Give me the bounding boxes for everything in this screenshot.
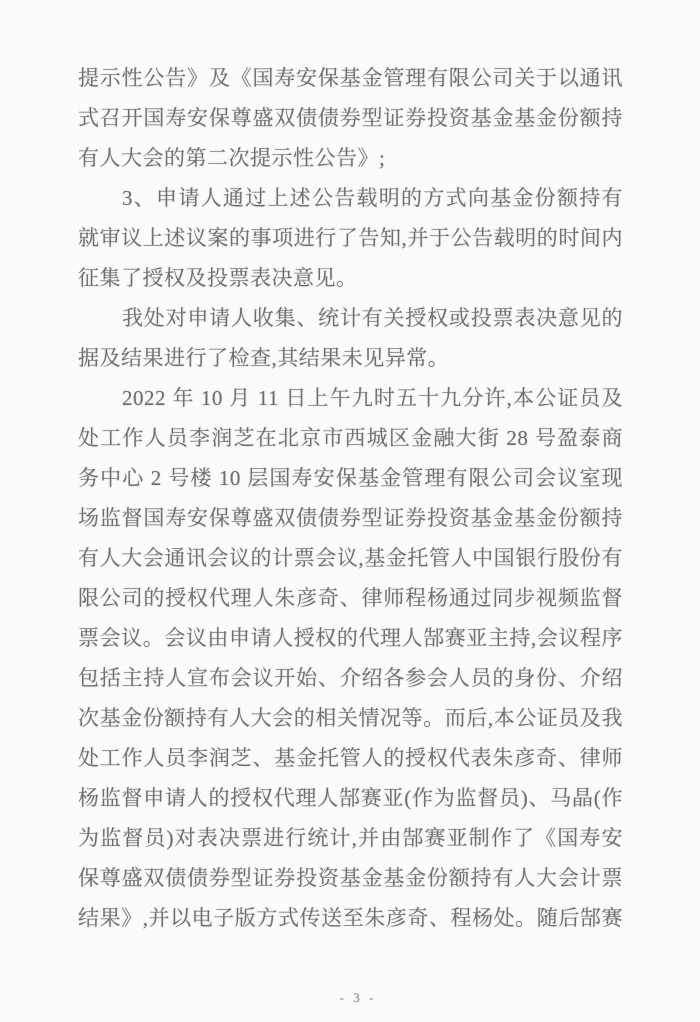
document-line: 2022 年 10 月 11 日上午九时五十九分许,本公证员及我 bbox=[78, 378, 623, 418]
document-line: 票会议。会议由申请人授权的代理人郜赛亚主持,会议程序 bbox=[78, 618, 623, 658]
document-line: 我处对申请人收集、统计有关授权或投票表决意见的数 bbox=[78, 298, 623, 338]
document-line: 为监督员)对表决票进行统计,并由郜赛亚制作了《国寿安 bbox=[78, 818, 623, 858]
document-line: 处工作人员李润芝、基金托管人的授权代表朱彦奇、律师程 bbox=[78, 738, 623, 778]
document-line: 处工作人员李润芝在北京市西城区金融大街 28 号盈泰商 bbox=[78, 418, 623, 458]
document-line: 提示性公告》及《国寿安保基金管理有限公司关于以通讯方 bbox=[78, 58, 623, 98]
document-line: 保尊盛双债债券型证券投资基金基金份额持有人大会计票 bbox=[78, 858, 623, 898]
scanned-document-page: 提示性公告》及《国寿安保基金管理有限公司关于以通讯方式召开国寿安保尊盛双债债券型… bbox=[0, 0, 700, 1022]
page-number: - 3 - bbox=[8, 990, 700, 1006]
document-line: 杨监督申请人的授权代理人郜赛亚(作为监督员)、马晶(作 bbox=[78, 778, 623, 818]
document-line: 有人大会通讯会议的计票会议,基金托管人中国银行股份有 bbox=[78, 538, 623, 578]
document-line: 结果》,并以电子版方式传送至朱彦奇、程杨处。随后郜赛 bbox=[78, 898, 623, 938]
document-body: 提示性公告》及《国寿安保基金管理有限公司关于以通讯方式召开国寿安保尊盛双债债券型… bbox=[78, 58, 623, 938]
document-line: 场监督国寿安保尊盛双债债券型证券投资基金基金份额持 bbox=[78, 498, 623, 538]
document-line: 包括主持人宣布会议开始、介绍各参会人员的身份、介绍本 bbox=[78, 658, 623, 698]
document-line: 征集了授权及投票表决意见。 bbox=[78, 258, 623, 298]
document-line: 式召开国寿安保尊盛双债债券型证券投资基金基金份额持 bbox=[78, 98, 623, 138]
document-line: 次基金份额持有人大会的相关情况等。而后,本公证员及我 bbox=[78, 698, 623, 738]
document-line: 3、申请人通过上述公告载明的方式向基金份额持有人 bbox=[78, 178, 623, 218]
document-line: 据及结果进行了检查,其结果未见异常。 bbox=[78, 338, 623, 378]
document-line: 务中心 2 号楼 10 层国寿安保基金管理有限公司会议室现 bbox=[78, 458, 623, 498]
document-line: 限公司的授权代理人朱彦奇、律师程杨通过同步视频监督计 bbox=[78, 578, 623, 618]
document-line: 有人大会的第二次提示性公告》; bbox=[78, 138, 623, 178]
document-line: 就审议上述议案的事项进行了告知,并于公告载明的时间内 bbox=[78, 218, 623, 258]
